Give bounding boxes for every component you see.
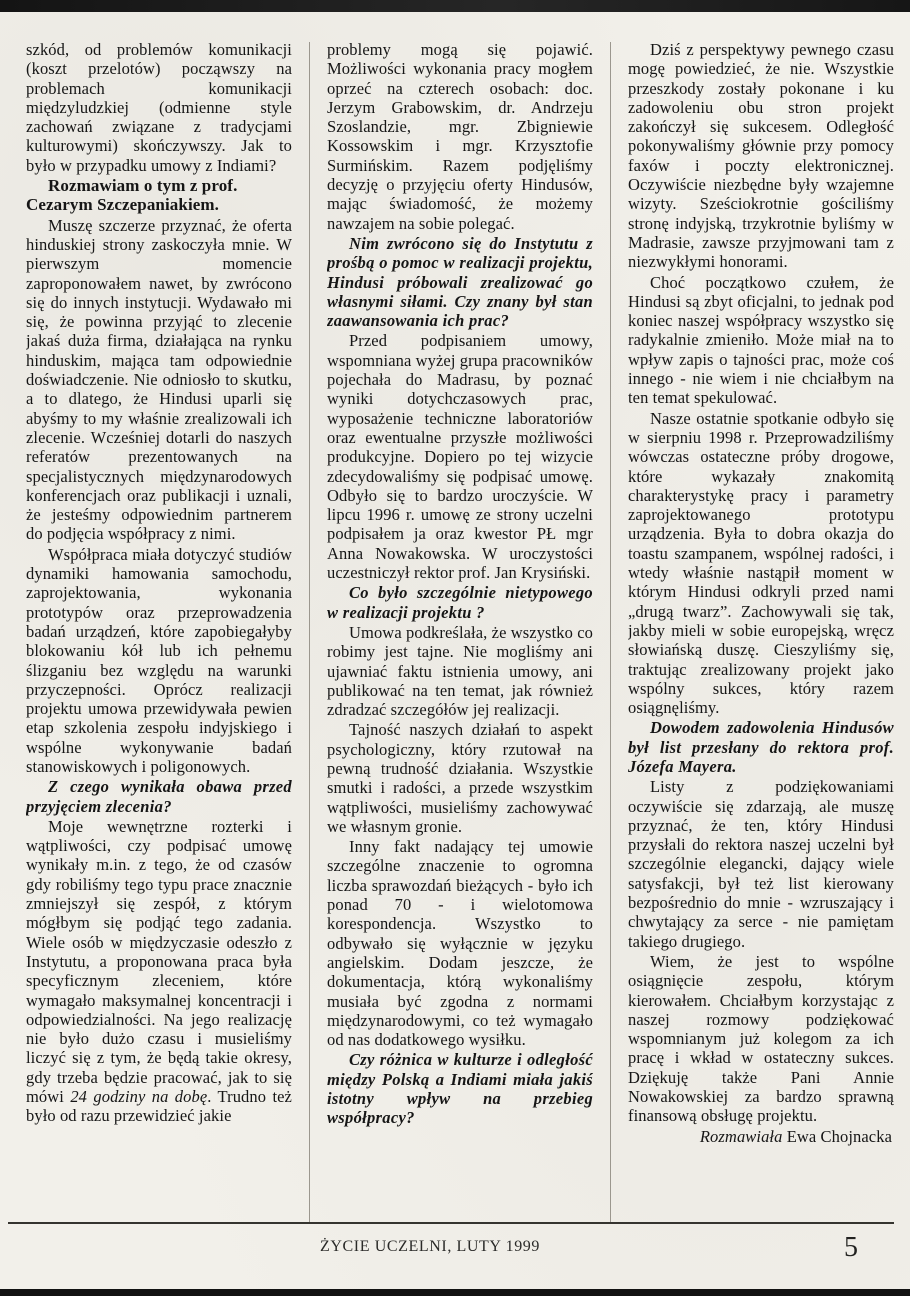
section-heading: Rozmawiam o tym z prof. Cezarym Szczepan…: [26, 176, 292, 215]
italic-phrase: 24 godziny na dobę: [70, 1087, 207, 1106]
paragraph: Umowa podkreślała, że wszystko co robimy…: [327, 623, 593, 719]
paragraph: Choć początkowo czułem, że Hindusi są zb…: [628, 273, 894, 408]
paragraph: Muszę szczerze przyznać, że oferta hindu…: [26, 216, 292, 544]
interview-question: Dowodem zadowolenia Hindusów był list pr…: [628, 718, 894, 776]
article-column-2: problemy mogą się pojawić. Możliwości wy…: [327, 40, 593, 1224]
paragraph: Nasze ostatnie spotkanie odbyło się w si…: [628, 409, 894, 718]
page-number: 5: [844, 1232, 858, 1264]
paragraph: Listy z podziękowaniami oczywiście się z…: [628, 777, 894, 951]
interview-question: Nim zwrócono się do Instytutu z prośbą o…: [327, 234, 593, 330]
paragraph: Wiem, że jest to wspólne osiągnięcie zes…: [628, 952, 894, 1126]
article-columns: szkód, od problemów komunikacji (koszt p…: [26, 40, 894, 1224]
article-column-1: szkód, od problemów komunikacji (koszt p…: [26, 40, 292, 1224]
signature-name: Ewa Chojnacka: [782, 1127, 892, 1146]
paragraph: Tajność naszych działań to aspekt psycho…: [327, 720, 593, 836]
signature-role: Rozmawiała: [700, 1127, 783, 1146]
paragraph: Moje wewnętrzne rozterki i wątpliwości, …: [26, 817, 292, 1126]
footer-rule: [8, 1222, 894, 1224]
signature-line: Rozmawiała Ewa Chojnacka: [628, 1127, 894, 1146]
paragraph-text: Moje wewnętrzne rozterki i wątpliwości, …: [26, 817, 292, 1106]
column-divider: [610, 42, 611, 1224]
scan-edge-top: [0, 0, 910, 12]
paragraph: Dziś z perspektywy pewnego czasu mogę po…: [628, 40, 894, 272]
interview-question: Czy różnica w kulturze i odległość międz…: [327, 1050, 593, 1127]
paragraph: problemy mogą się pojawić. Możliwości wy…: [327, 40, 593, 233]
article-column-3: Dziś z perspektywy pewnego czasu mogę po…: [628, 40, 894, 1224]
column-divider: [309, 42, 310, 1224]
paragraph: szkód, od problemów komunikacji (koszt p…: [26, 40, 292, 175]
scan-edge-bottom: [0, 1289, 910, 1296]
paragraph: Współpraca miała dotyczyć studiów dynami…: [26, 545, 292, 777]
footer-journal-title: ŻYCIE UCZELNI, LUTY 1999: [0, 1238, 860, 1256]
paragraph: Inny fakt nadający tej umowie szczególne…: [327, 837, 593, 1049]
interview-question: Z czego wynikała obawa przed przyjęciem …: [26, 777, 292, 816]
paragraph: Przed podpisaniem umowy, wspomniana wyże…: [327, 331, 593, 582]
interview-question: Co było szczególnie nietypowego w realiz…: [327, 583, 593, 622]
